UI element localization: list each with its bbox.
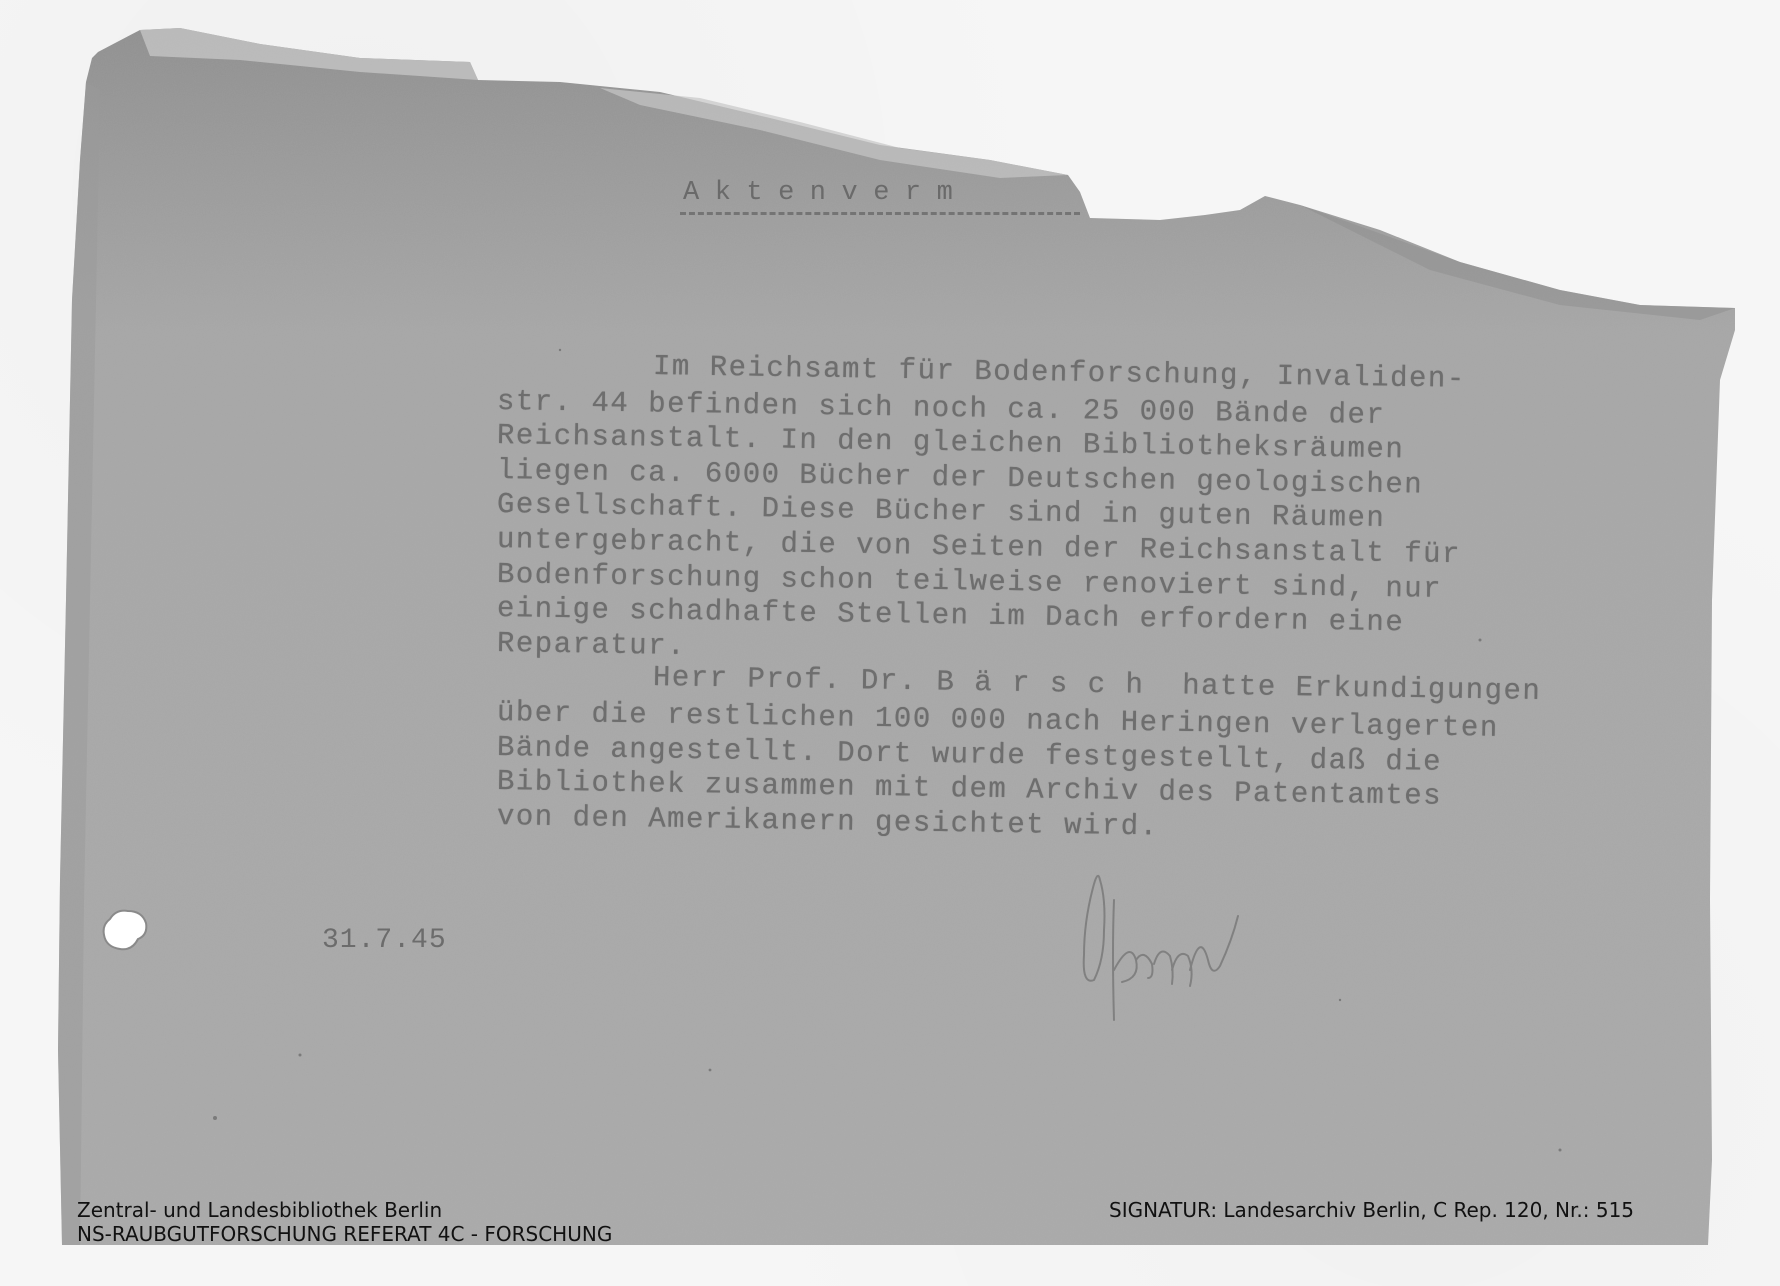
body-line: Reparatur. [497,627,687,663]
document-page: Aktenverm Im Reichsamt für Bodenforschun… [0,0,1780,1286]
footer-left: Zentral- und Landesbibliothek Berlin NS-… [77,1198,612,1246]
title-underline [680,212,1080,215]
footer-archive-reference: SIGNATUR: Landesarchiv Berlin, C Rep. 12… [1109,1198,1634,1222]
footer-institution: Zentral- und Landesbibliothek Berlin [77,1198,612,1222]
document-title: Aktenverm [683,178,968,208]
document-date: 31.7.45 [322,925,447,956]
footer-department: NS-RAUBGUTFORSCHUNG REFERAT 4C - FORSCHU… [77,1222,612,1246]
